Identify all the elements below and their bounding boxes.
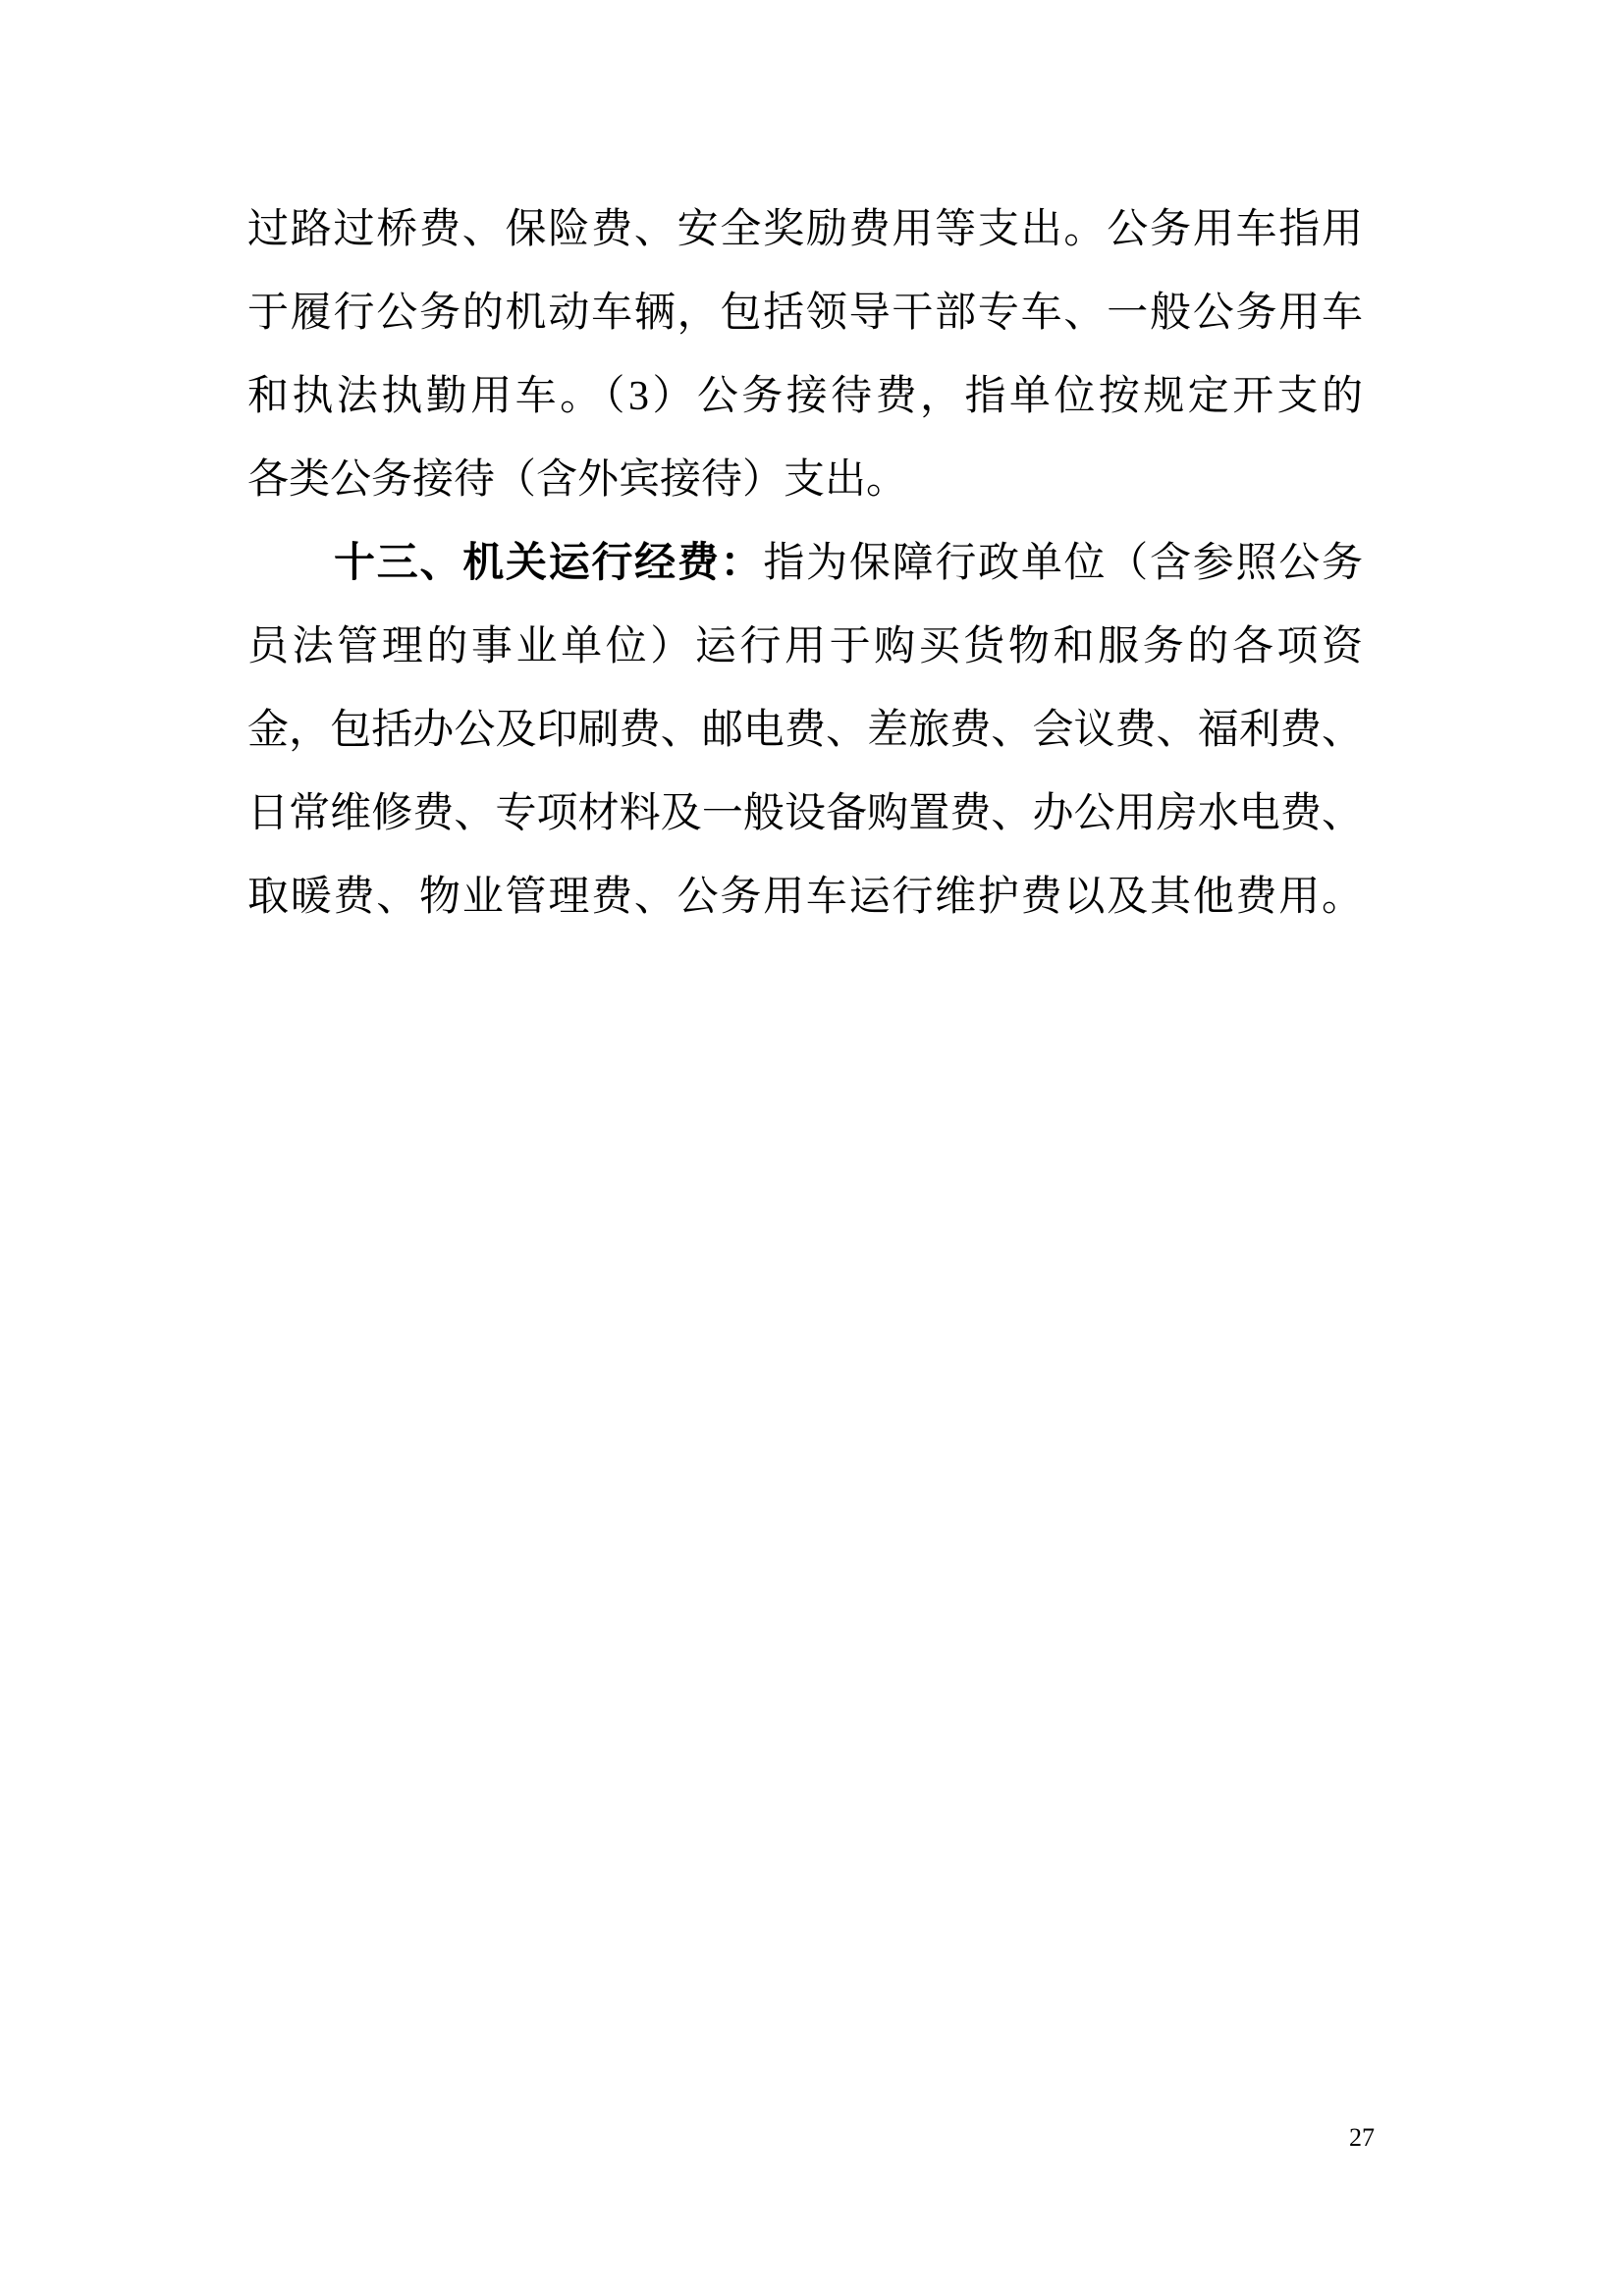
document-page: 过路过桥费、保险费、安全奖励费用等支出。公务用车指用 于履行公务的机动车辆，包括… bbox=[0, 0, 1624, 2296]
page-number: 27 bbox=[1349, 2118, 1375, 2158]
text-line: 日常维修费、专项材料及一般设备购置费、办公用房水电费、 bbox=[247, 773, 1363, 856]
text-line: 于履行公务的机动车辆，包括领导干部专车、一般公务用车 bbox=[247, 272, 1363, 355]
text-line: 过路过桥费、保险费、安全奖励费用等支出。公务用车指用 bbox=[247, 188, 1363, 272]
paragraph-vehicle-expense: 过路过桥费、保险费、安全奖励费用等支出。公务用车指用 于履行公务的机动车辆，包括… bbox=[247, 188, 1363, 522]
text-line: 员法管理的事业单位）运行用于购买货物和服务的各项资 bbox=[247, 606, 1363, 689]
text-line: 取暖费、物业管理费、公务用车运行维护费以及其他费用。 bbox=[247, 856, 1363, 939]
text-line: 各类公务接待（含外宾接待）支出。 bbox=[247, 439, 1363, 522]
text-line: 金，包括办公及印刷费、邮电费、差旅费、会议费、福利费、 bbox=[247, 689, 1363, 773]
paragraph-agency-operating-expense: 十三、机关运行经费：指为保障行政单位（含参照公务 员法管理的事业单位）运行用于购… bbox=[247, 522, 1363, 939]
term-title: 十三、机关运行经费： bbox=[334, 541, 763, 586]
text-line: 和执法执勤用车。（3）公务接待费，指单位按规定开支的 bbox=[247, 355, 1363, 439]
term-definition-start: 指为保障行政单位（含参照公务 bbox=[763, 541, 1363, 586]
text-line: 十三、机关运行经费：指为保障行政单位（含参照公务 bbox=[247, 522, 1363, 606]
document-body: 过路过桥费、保险费、安全奖励费用等支出。公务用车指用 于履行公务的机动车辆，包括… bbox=[247, 188, 1363, 939]
